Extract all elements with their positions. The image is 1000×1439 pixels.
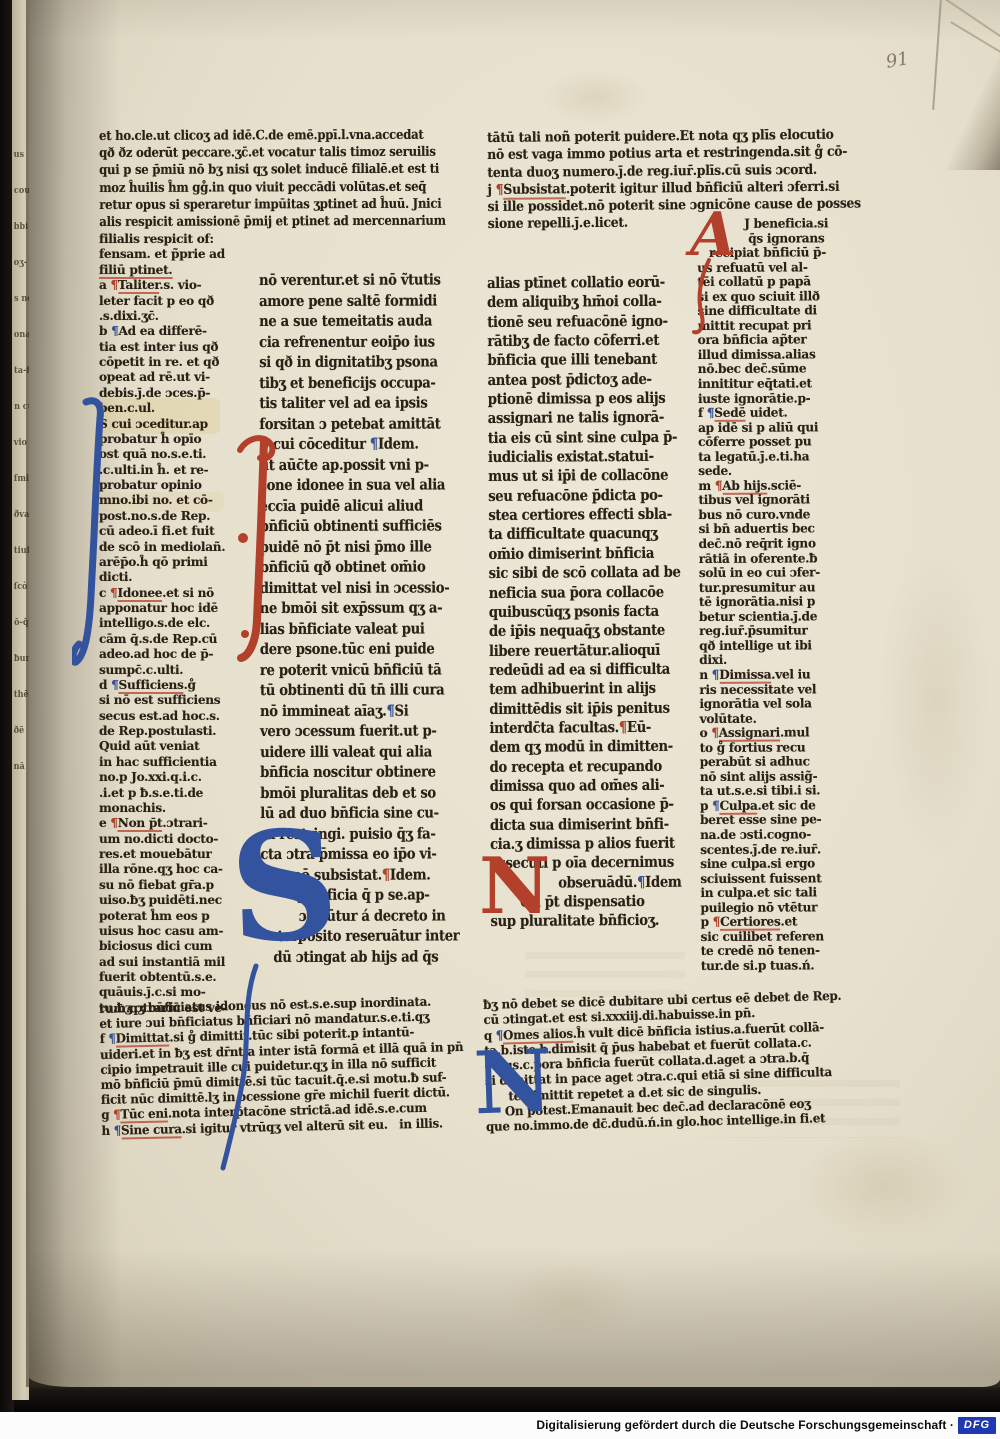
text-line: b ¶Ad ea differē- [99, 323, 240, 338]
text-line: forsitan ɔ petebat amittāt [259, 413, 448, 434]
text-line: Quid aūt veniat [99, 738, 240, 753]
text-line: .c.ulti.in ĥ. et re- [99, 462, 240, 477]
text-line: probatur opinio [99, 477, 240, 492]
text-line: cū adeo.ī fi.et fuit [99, 523, 240, 538]
text-line: antea post p̄dictoʒ ade- [488, 369, 677, 390]
text-line: bn̄ficia noscitur obtinere [260, 761, 449, 782]
text-line: dimittēdis sit ip̄is penitus [489, 698, 678, 719]
text-line: assignari ne talis ignorā- [488, 408, 677, 429]
text-line: tē ignorātia.nisi p [699, 594, 845, 609]
folio-number: 91 [884, 48, 910, 73]
text-line: dem aliquibʒ hm̄oi colla- [487, 292, 676, 313]
text-line: dere psone.tūc eni puide [260, 638, 449, 659]
text-line: qð ðz oderūt peccare.ʒc̄.et vocatur tali… [99, 144, 423, 162]
text-line: alis respicit amissionē p̄mij et ptinet … [99, 213, 423, 231]
pilcrow-blue: ¶ [386, 701, 394, 719]
text-line: mno.ibi no. et cō- [99, 492, 240, 507]
text-line: tibʒ et beneficijs occupa- [259, 372, 448, 393]
text-line: ptionē dimissa p eos alijs [488, 389, 677, 410]
text-line: de scō in mediolañ. [99, 539, 240, 554]
text-line: neficia sua p̄ora collacōe [489, 582, 678, 603]
text-column-1-gloss: filialis respicit of:fensam. et p̃prie a… [99, 231, 240, 1015]
pilcrow-blue: ¶ [114, 1122, 122, 1137]
pilcrow-blue: ¶ [370, 435, 378, 453]
dfg-logo: DFG [958, 1417, 996, 1434]
initial-blue-s: S [227, 810, 340, 964]
initial-red-j [234, 406, 276, 664]
text-line: S cui cōceditur ¶Idem. [259, 433, 448, 454]
text-line: no.p Jo.xxi.q.i.c. [99, 769, 240, 784]
text-line: poterat ĥm eos p [99, 908, 240, 923]
text-line: ta difficultate quacunqʒ [488, 524, 677, 545]
initial-blue-n: N [473, 1039, 555, 1128]
text-line: re poterit vnicū bn̄ficiū tā [260, 659, 449, 680]
text-line: vero ɔcessum fuerit.ut p- [260, 720, 449, 741]
text-line: ben.c.ul. [99, 400, 240, 415]
text-line: ad sui instantiā mil [99, 954, 240, 969]
text-line: f ¶Sedē uidet. [698, 405, 844, 420]
text-line: ne a sue temeitatis auda [259, 310, 448, 331]
text-line: filialis respicit of: [99, 231, 240, 246]
digitization-footer: Digitalisierung gefördert durch die Deut… [0, 1412, 1000, 1439]
text-line: te credē nō tenen- [701, 944, 847, 959]
pilcrow-red: ¶ [711, 725, 719, 740]
text-line: dicta sua dimiserint bn̄fi- [490, 814, 679, 835]
text-line: bn̄ficiū obtinenti sufficiēs [260, 515, 449, 536]
text-line: p ¶Certiores.et [701, 914, 847, 929]
text-line: .i.et p ƀ.s.e.ti.de [99, 785, 240, 800]
text-line: apponatur hoc idē [99, 600, 240, 615]
pilcrow-red: ¶ [111, 277, 118, 292]
text-line: tia eis cū sint sine culpa p̄- [488, 427, 677, 448]
text-line: S cui ɔceditur.ap [99, 416, 240, 431]
text-line: tionē seu refuacōnē igno- [487, 311, 676, 332]
text-line: reg.iur̄.p̄sumitur [699, 624, 845, 639]
text-line: rātibʒ de facto cōferri.et [487, 331, 676, 352]
rubricated-lemma: Subsistat [503, 181, 566, 200]
text-line: sumpc̄.c.ulti. [99, 662, 240, 677]
text-line: nō verentur.et si nō ṽtutis [259, 269, 448, 290]
text-block-bottom-left: rum.qʒ bn̄ficiatus idoneus nō est.s.e.su… [99, 994, 439, 1138]
text-line: iudicialis existat.statui- [488, 447, 677, 468]
text-line: filiū ptinet. [99, 262, 240, 277]
pilcrow-blue: ¶ [712, 667, 720, 682]
text-line: n ¶Dimissa.vel iu [699, 667, 845, 682]
text-line: sine culpa.si ergo [700, 856, 846, 871]
text-line: tem adhibuerint in alijs [489, 679, 678, 700]
text-line: ignorātia vel sola [699, 696, 845, 711]
rubricated-lemma: Sine cura [121, 1121, 182, 1139]
text-line: in culpa.et sic tali [700, 885, 846, 900]
edge-text-fragment: ðē [14, 726, 25, 736]
text-line: dicti. [99, 569, 240, 584]
text-line: cōpetit in re. et qð [99, 354, 240, 369]
initial-red-n: N [479, 848, 550, 926]
text-line: sede. [698, 464, 844, 479]
pilcrow-blue: ¶ [111, 323, 118, 338]
text-line: su nō fiebat gr̄a.p [99, 877, 240, 892]
text-line: o ¶Assignari.mul [700, 725, 846, 740]
edge-text-fragment: us [14, 150, 24, 160]
text-line: redeūdi ad ea si difficulta [489, 660, 678, 681]
rubricated-lemma: Non p̄t [118, 815, 163, 832]
text-line: uiso.ƀʒ puidēti.nec [99, 892, 240, 907]
text-line: innititur eq̄tati.et [698, 376, 844, 391]
text-line: ta legatū.j̄.e.ti.ha [698, 449, 844, 464]
text-line: tū obtinenti dū tn̄ illi cura [260, 679, 449, 700]
text-line: mus ut si ip̄i de collacōne [488, 466, 677, 487]
text-line: de Rep.postulasti. [99, 723, 240, 738]
text-line: bn̄ficiū qð obtinet om̄io [260, 556, 449, 577]
text-line: intelligo.s.de elc. [99, 615, 240, 630]
pilcrow-blue: ¶ [637, 873, 645, 891]
pilcrow-blue: ¶ [707, 405, 715, 420]
text-line: leter facit p eo qð [99, 293, 240, 308]
text-line: post.no.s.de Rep. [99, 508, 240, 523]
text-line: opeat ad rē.ut vi- [99, 369, 240, 384]
rubricated-lemma: Taliter [118, 277, 159, 294]
text-line: cām q̄.s.de Rep.cū [99, 631, 240, 646]
text-line: dem qʒ modū in dimitten- [489, 737, 678, 758]
text-line: sine difficultate di [697, 303, 843, 318]
text-line: qui p se p̄miū nō bʒ nisi qʒ solet induc… [99, 161, 423, 179]
text-line: os qui forsan occasione p̄- [490, 795, 679, 816]
pilcrow-red: ¶ [382, 865, 390, 883]
text-line: qð intellige ut ibi [699, 638, 845, 653]
text-column-4-gloss: J beneficia.si q̄s ignorans recipiat bn̄… [697, 216, 846, 973]
text-line: dec̄.nō req̄rit igno [699, 536, 845, 551]
text-line: de ip̄is nequaq̄ʒ obstante [489, 621, 678, 642]
pilcrow-red: ¶ [715, 478, 723, 493]
initial-blue-s-tail [220, 962, 262, 1174]
text-line: e ¶Non p̄t.ɔtrari- [99, 815, 240, 830]
text-line: amore pene saltē formidi [259, 290, 448, 311]
text-line: fensam. et p̃prie ad [99, 246, 240, 261]
text-line: puidē nō p̄t nisi p̄mo ille [260, 536, 449, 557]
text-line: perabūt si adhuc [700, 754, 846, 769]
text-line: na.de ɔsti.cogno- [700, 827, 846, 842]
text-line: libere reuertātur.alioquī [489, 640, 678, 661]
text-line: secus est.ad hoc.s. [99, 708, 240, 723]
text-line: uidere illi valeat qui alia [260, 741, 449, 762]
text-line: adeo.ad hoc de p̄- [99, 646, 240, 661]
text-line: a ¶Taliter.s. vio- [99, 277, 240, 292]
manuscript-scan: uscoubbioʒ-s nōonata-fin cuvioſmiðvatiuſ… [0, 0, 1000, 1439]
text-line: stea certiores effecti sbla- [488, 505, 677, 526]
text-line: fuerit obtentū.s.e. [99, 969, 240, 984]
text-line: dimittat vel nisi in ɔcessio- [260, 577, 449, 598]
text-line: tia est inter ius qð [99, 339, 240, 354]
text-line: bn̄ficia que illi tenebant [487, 350, 676, 371]
text-line: uisus hoc casu am- [99, 923, 240, 938]
footer-caption: Digitalisierung gefördert durch die Deut… [536, 1418, 954, 1432]
text-line: res.et mouebātur [99, 846, 240, 861]
text-line: moz ĥuilis ĥm gg̊.in quo viuit peccādi v… [99, 178, 423, 196]
text-line: alias ptīnet collatio eorū- [487, 273, 676, 294]
pilcrow-blue: ¶ [108, 1031, 116, 1046]
text-line: ost quā no.s.e.ti. [99, 446, 240, 461]
text-line: .s.dixi.ʒc̄. [99, 308, 240, 323]
text-line: cōferre posset pu [698, 434, 844, 449]
text-line: retur opus si speraretur impūitas ʒptine… [99, 196, 423, 214]
text-line: um no.dicti docto- [99, 831, 240, 846]
text-line: debis.j̄.de ɔces.p̄- [99, 385, 240, 400]
text-line: om̄io dimiserint bn̄ficia [488, 543, 677, 564]
pilcrow-red: ¶ [619, 718, 627, 736]
text-line: seu refuacōne p̄dicta po- [488, 485, 677, 506]
text-line: interdc̄ta facultas.¶Eū- [489, 718, 678, 739]
text-line: quibuscūqʒ psonis facta [489, 602, 678, 623]
text-line: tur.de si.p tuas.ń. [701, 958, 847, 973]
initial-blue-flourish-j [72, 396, 108, 676]
text-line: ta ut.s.e.si tibi.i si. [700, 784, 846, 799]
text-line: tēi collatū p papā [697, 274, 843, 289]
text-line: tis taliter vel ad ea ipsis [259, 392, 448, 413]
text-line: dimissa quo ad om̄es ali- [490, 776, 679, 797]
pilcrow-red: ¶ [110, 585, 117, 600]
text-line: lias bn̄ficiate valeat pui [260, 618, 449, 639]
initial-red-a-swash [692, 258, 714, 336]
text-line: monachis. [99, 800, 240, 815]
text-line: arēp̄o.ĥ qō primi [99, 554, 240, 569]
text-line: probatur ĥ opīo [99, 431, 240, 446]
text-column-3-main: alias ptīnet collatio eorū-dem aliquibʒ … [487, 273, 680, 932]
text-line: sic sibi de scō collata ad be [489, 563, 678, 584]
initial-red-a: A [690, 205, 737, 265]
text-line: et ho.cle.ut clicoʒ ad idē.C.de emē.ppī.… [99, 127, 423, 145]
text-line: cia refrenentur eoip̄o ius [259, 331, 448, 352]
text-line: si nō est sufficiens [99, 692, 240, 707]
text-line: in hac sufficientia [99, 754, 240, 769]
text-line: illa rōne.qʒ hoc ca- [99, 861, 240, 876]
edge-text-fragment: nă [14, 762, 25, 772]
text-line: ne bmōi sit exp̄ssum qʒ a- [260, 597, 449, 618]
text-line: si qð in dignitatibʒ psona [259, 351, 448, 372]
text-line: ut aūc̄te ap.possit vni p- [259, 454, 448, 475]
text-block-top-left: et ho.cle.ut clicoʒ ad idē.C.de emē.ppī.… [99, 127, 423, 231]
text-line: do recepta et recupando [490, 756, 679, 777]
text-line: sone idonee in sua vel alia [259, 474, 448, 495]
edge-text-fragment: vio [14, 438, 27, 448]
text-line: eccīa puidē alicui aliud [260, 495, 449, 516]
text-line: solū in eo cui ɔfer- [699, 565, 845, 580]
text-line: biciosus dici cum [99, 938, 240, 953]
text-line: d ¶Sufficiens.g̊ [99, 677, 240, 692]
text-line: c ¶Idonee.et si nō [99, 585, 240, 600]
text-line: nō immineat aīaʒ.¶Si [260, 700, 449, 721]
